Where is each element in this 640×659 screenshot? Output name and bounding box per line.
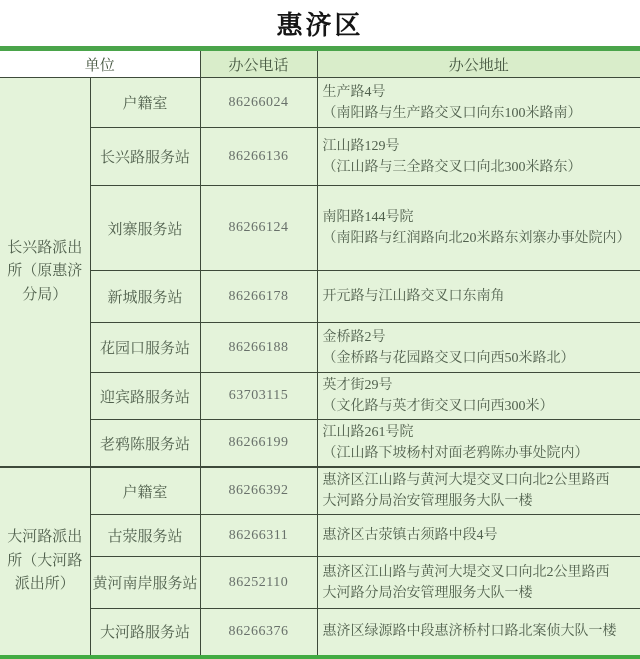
table-row: 长兴路服务站 86266136 江山路129号 （江山路与三全路交叉口向北300…: [0, 128, 640, 186]
table-row: 黄河南岸服务站 86252110 惠济区江山路与黄河大堤交叉口向北2公里路西 大…: [0, 557, 640, 609]
column-header-address: 办公地址: [317, 51, 640, 78]
address-cell: 生产路4号 （南阳路与生产路交叉口向东100米路南）: [317, 78, 640, 128]
address-cell: 金桥路2号 （金桥路与花园路交叉口向西50米路北）: [317, 323, 640, 373]
address-cell: 开元路与江山路交叉口东南角: [317, 271, 640, 323]
address-cell: 惠济区江山路与黄河大堤交叉口向北2公里路西 大河路分局治安管理服务大队一楼: [317, 467, 640, 515]
column-header-phone: 办公电话: [200, 51, 317, 78]
phone-cell: 86266178: [200, 271, 317, 323]
phone-cell: 86266136: [200, 128, 317, 186]
bottom-accent-bar: [0, 655, 640, 659]
group-label-dahelu: 大河路派出所（大河路派出所）: [0, 467, 90, 655]
unit-cell: 户籍室: [90, 78, 200, 128]
address-cell: 惠济区古荥镇古须路中段4号: [317, 515, 640, 557]
table-row: 大河路服务站 86266376 惠济区绿源路中段惠济桥村口路北案侦大队一楼: [0, 609, 640, 655]
address-cell: 惠济区江山路与黄河大堤交叉口向北2公里路西 大河路分局治安管理服务大队一楼: [317, 557, 640, 609]
page-title: 惠济区: [0, 0, 640, 46]
group-label-changxinglu: 长兴路派出所（原惠济分局）: [0, 78, 90, 468]
phone-cell: 86252110: [200, 557, 317, 609]
header-row: 单位 办公电话 办公地址: [0, 51, 640, 78]
phone-cell: 86266376: [200, 609, 317, 655]
phone-cell: 86266188: [200, 323, 317, 373]
police-station-contact-table: 单位 办公电话 办公地址 长兴路派出所（原惠济分局） 户籍室 86266024 …: [0, 51, 640, 655]
table-row: 刘寨服务站 86266124 南阳路144号院 （南阳路与红润路向北20米路东刘…: [0, 186, 640, 271]
unit-cell: 黄河南岸服务站: [90, 557, 200, 609]
unit-cell: 花园口服务站: [90, 323, 200, 373]
address-cell: 南阳路144号院 （南阳路与红润路向北20米路东刘寨办事处院内）: [317, 186, 640, 271]
table-row: 花园口服务站 86266188 金桥路2号 （金桥路与花园路交叉口向西50米路北…: [0, 323, 640, 373]
address-cell: 英才街29号 （文化路与英才街交叉口向西300米）: [317, 373, 640, 420]
table-row: 迎宾路服务站 63703115 英才街29号 （文化路与英才街交叉口向西300米…: [0, 373, 640, 420]
address-cell: 江山路129号 （江山路与三全路交叉口向北300米路东）: [317, 128, 640, 186]
table-row: 新城服务站 86266178 开元路与江山路交叉口东南角: [0, 271, 640, 323]
table-row: 大河路派出所（大河路派出所） 户籍室 86266392 惠济区江山路与黄河大堤交…: [0, 467, 640, 515]
phone-cell: 86266311: [200, 515, 317, 557]
unit-cell: 新城服务站: [90, 271, 200, 323]
column-header-unit: 单位: [0, 51, 200, 78]
unit-cell: 大河路服务站: [90, 609, 200, 655]
address-cell: 江山路261号院 （江山路下坡杨村对面老鸦陈办事处院内）: [317, 420, 640, 468]
phone-cell: 63703115: [200, 373, 317, 420]
table-row: 古荥服务站 86266311 惠济区古荥镇古须路中段4号: [0, 515, 640, 557]
unit-cell: 户籍室: [90, 467, 200, 515]
table-row: 老鸦陈服务站 86266199 江山路261号院 （江山路下坡杨村对面老鸦陈办事…: [0, 420, 640, 468]
phone-cell: 86266392: [200, 467, 317, 515]
unit-cell: 古荥服务站: [90, 515, 200, 557]
unit-cell: 迎宾路服务站: [90, 373, 200, 420]
phone-cell: 86266124: [200, 186, 317, 271]
unit-cell: 长兴路服务站: [90, 128, 200, 186]
phone-cell: 86266024: [200, 78, 317, 128]
phone-cell: 86266199: [200, 420, 317, 468]
table-row: 长兴路派出所（原惠济分局） 户籍室 86266024 生产路4号 （南阳路与生产…: [0, 78, 640, 128]
address-cell: 惠济区绿源路中段惠济桥村口路北案侦大队一楼: [317, 609, 640, 655]
page: 惠济区 单位 办公电话 办公地址 长兴路派出所（原惠济分局） 户籍室 86266…: [0, 0, 640, 659]
unit-cell: 刘寨服务站: [90, 186, 200, 271]
unit-cell: 老鸦陈服务站: [90, 420, 200, 468]
